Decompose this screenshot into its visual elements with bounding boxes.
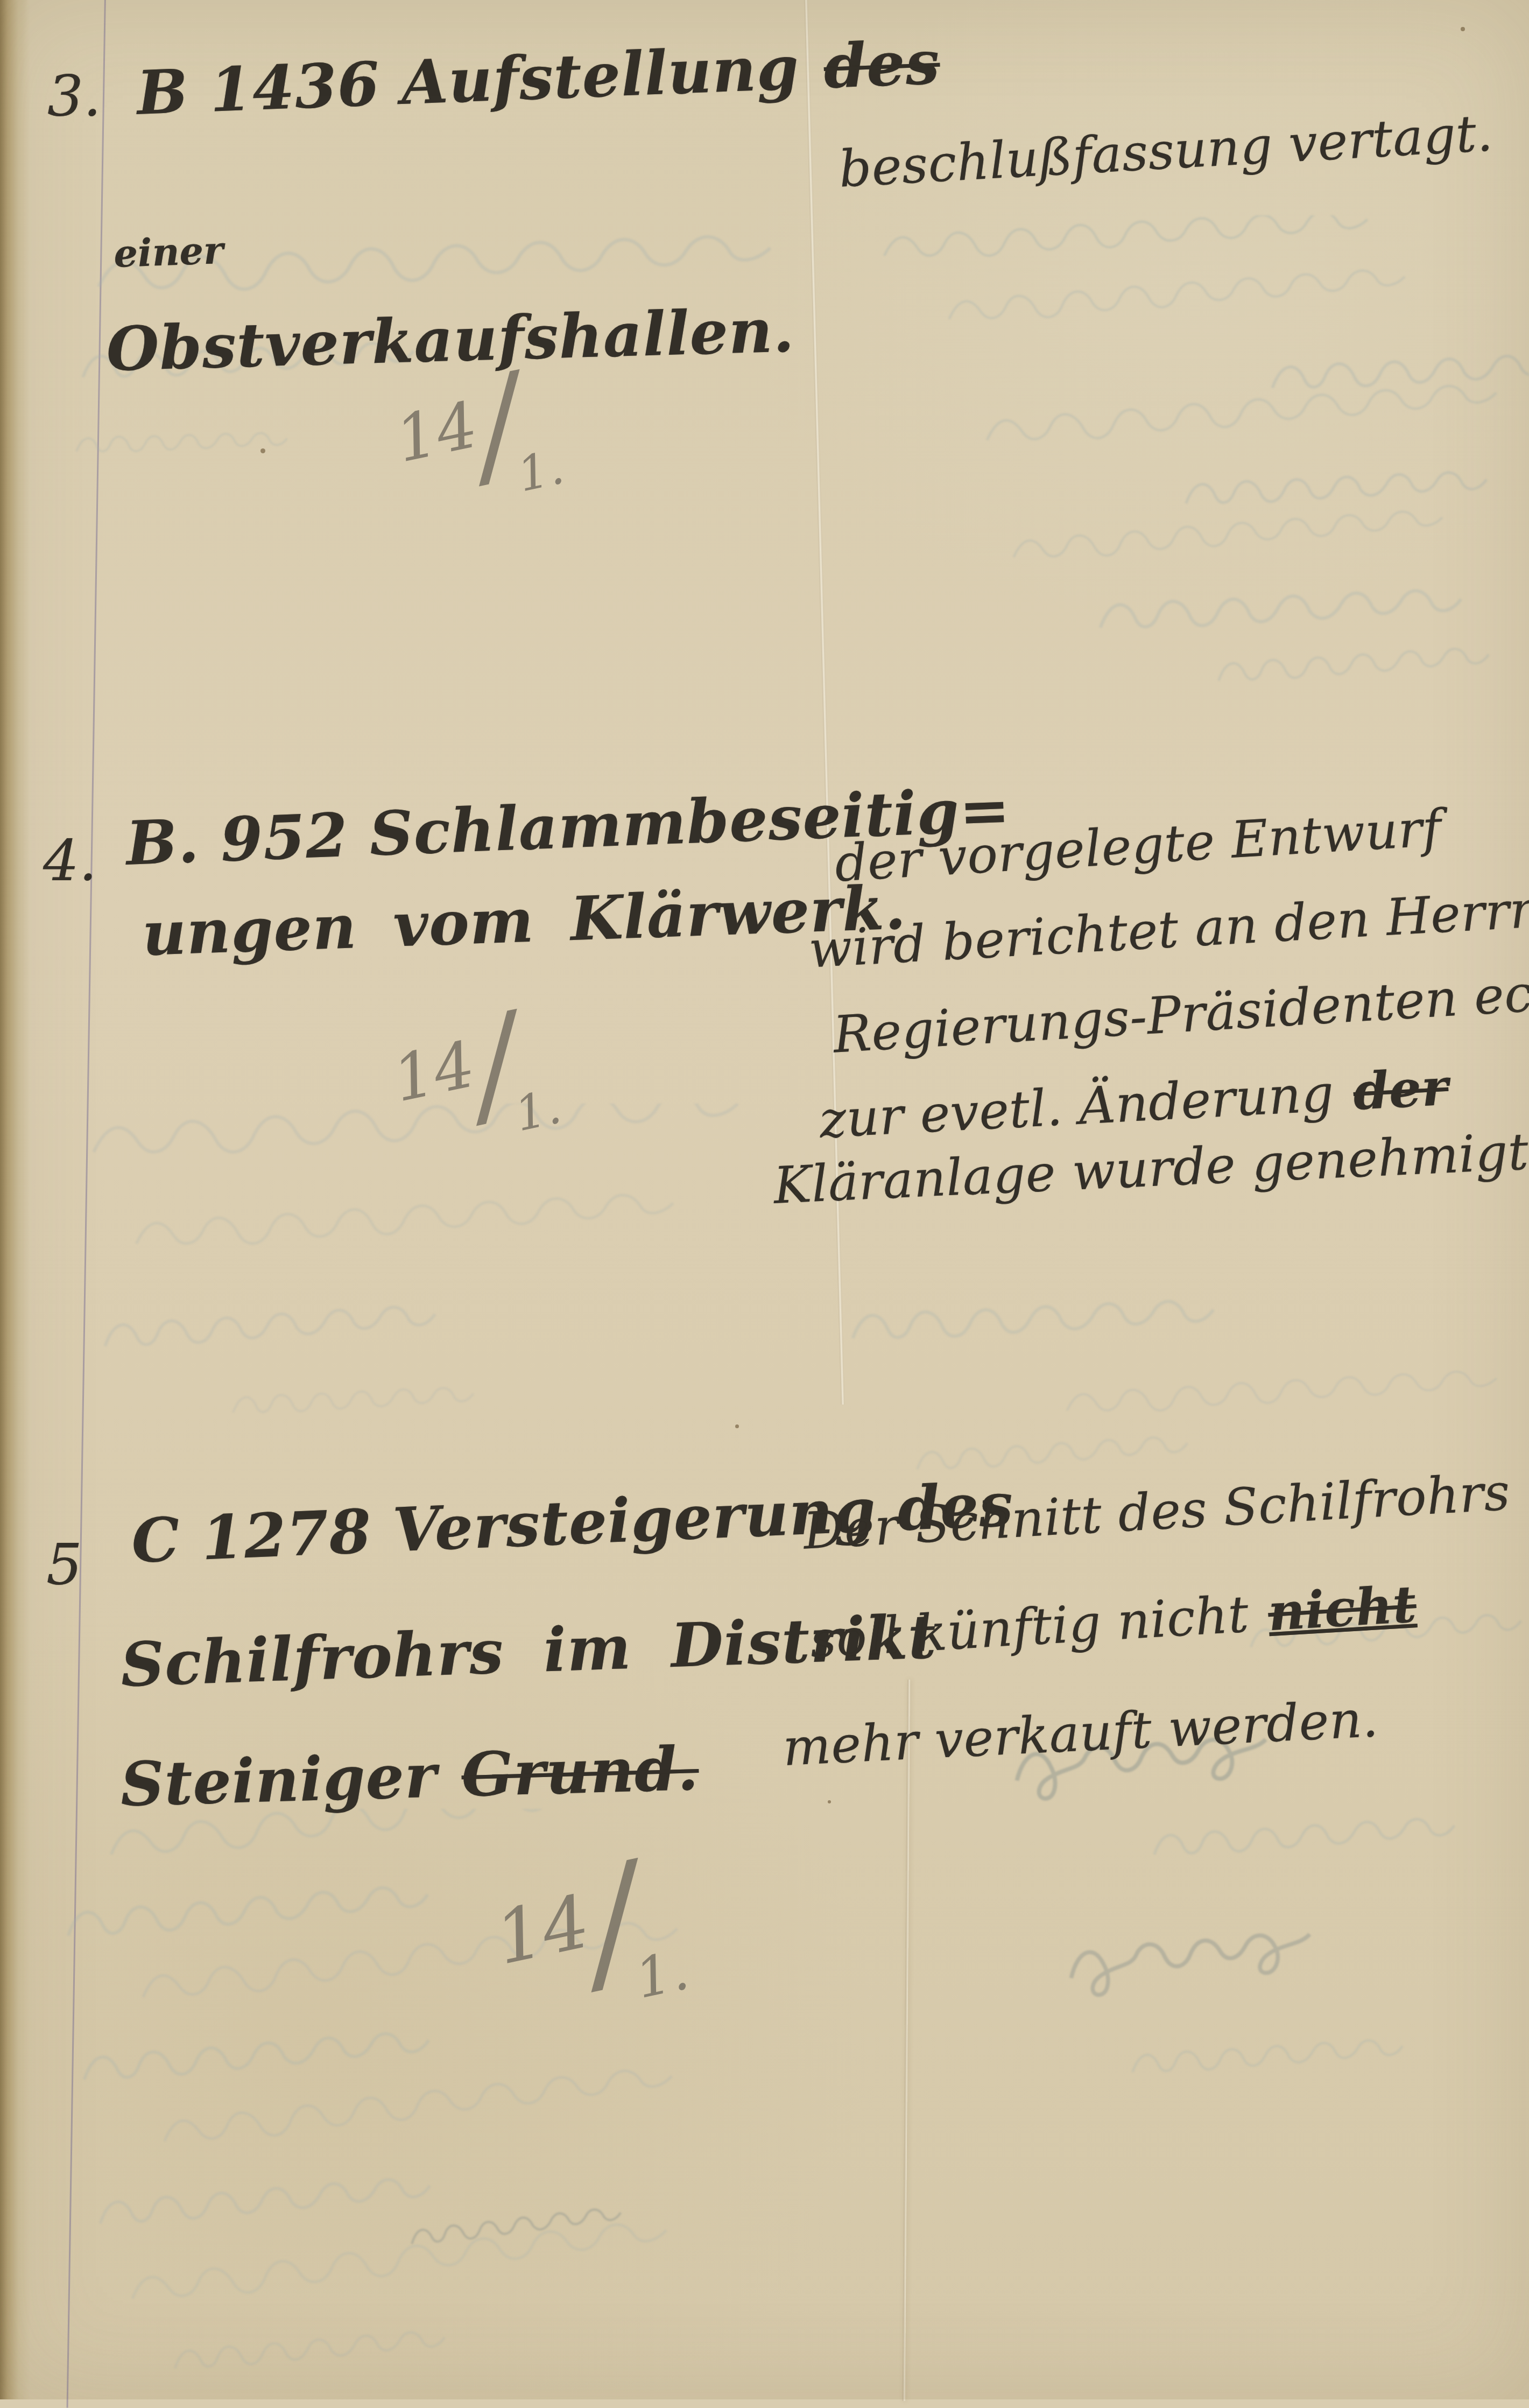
paper: 3. B 1436 Aufstellung des einer Obstverk… <box>0 0 1529 2399</box>
paper-speck <box>260 448 265 453</box>
entry-number-text: 3. <box>47 64 101 129</box>
decision-line: wird berichtet an den Herrn <box>807 879 1529 979</box>
entry-number: 4. <box>43 828 97 894</box>
decision-text: wird berichtet an den Herrn <box>807 880 1529 980</box>
sheet-edge <box>903 1680 910 2399</box>
inserted-word-text: einer <box>113 228 224 276</box>
entry-number: 5 <box>46 1532 82 1598</box>
entry-number-text: 4. <box>43 828 97 894</box>
struck-word <box>797 295 799 366</box>
subject-text: Steiniger <box>119 1740 459 1820</box>
ink-bleedthrough <box>926 1588 1529 2180</box>
struck-word <box>1494 103 1497 163</box>
struck-word: der <box>1352 1058 1450 1122</box>
decision-text: beschlußfassung vertagt. <box>837 104 1495 199</box>
entry-number: 3. <box>47 64 101 129</box>
struck-word: des <box>822 27 941 102</box>
decision-text: Regierungs-Präsidenten ect. <box>832 963 1529 1065</box>
decision-line: beschlußfassung vertagt. <box>837 103 1498 199</box>
paper-speck <box>735 1424 739 1428</box>
struck-word: Grund. <box>461 1733 700 1810</box>
date-day: 14 <box>386 1027 481 1116</box>
date-day: 14 <box>488 1878 597 1981</box>
decision-line: Regierungs-Präsidenten ect. <box>832 961 1529 1064</box>
date-day: 14 <box>389 387 484 476</box>
book-gutter-edge <box>0 0 30 2399</box>
date-note: 14/1. <box>374 950 566 1132</box>
ink-bleedthrough <box>70 1104 786 1459</box>
inserted-word: einer <box>113 228 224 276</box>
entry-number-text: 5 <box>46 1532 82 1598</box>
struck-word <box>1443 798 1447 858</box>
paper-speck <box>1461 27 1465 31</box>
struck-word: nicht <box>1266 1575 1418 1642</box>
entry-subject-line: B 1436 Aufstellung des <box>136 27 941 129</box>
paper-speck <box>828 1800 831 1803</box>
ink-bleedthrough <box>807 215 1529 754</box>
subject-text: B 1436 Aufstellung <box>136 32 822 129</box>
